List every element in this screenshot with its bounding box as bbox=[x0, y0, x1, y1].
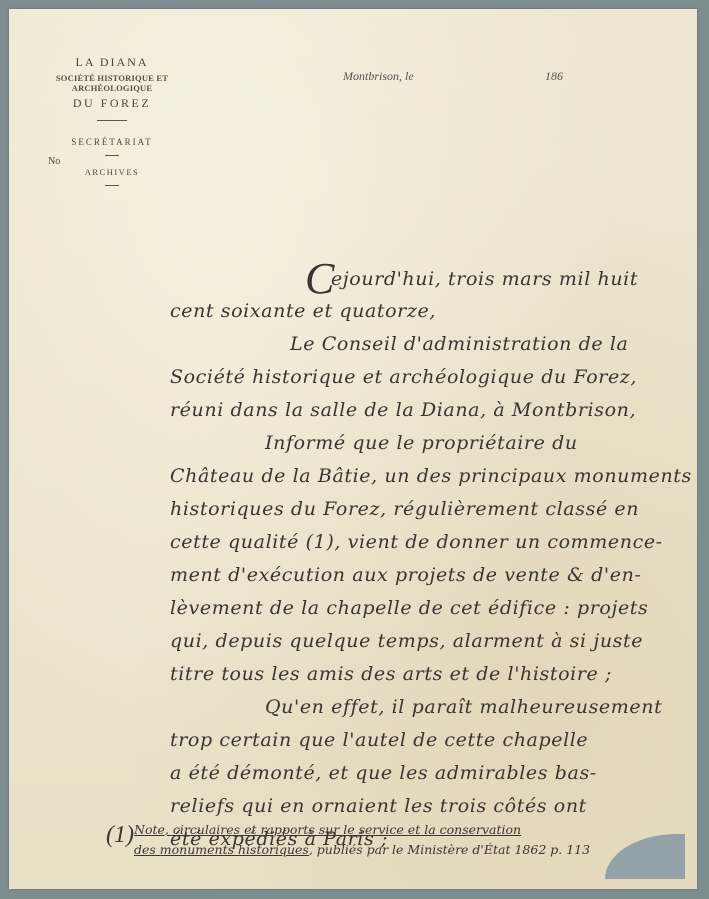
body-line: réuni dans la salle de la Diana, à Montb… bbox=[170, 394, 690, 427]
body-line: Qu'en effet, il paraît malheureusement bbox=[170, 691, 690, 724]
handwritten-body: Cejourd'hui, trois mars mil huit cent so… bbox=[170, 262, 690, 856]
dateline-year: 186 bbox=[545, 69, 563, 84]
footnote-marker: (1) bbox=[106, 822, 134, 849]
body-line: trop certain que l'autel de cette chapel… bbox=[170, 724, 690, 757]
body-line: a été démonté, et que les admirables bas… bbox=[170, 757, 690, 790]
dateline-place: Montbrison, le bbox=[343, 69, 414, 84]
body-line: Le Conseil d'administration de la bbox=[170, 328, 690, 361]
letterhead-department: SECRÉTARIAT bbox=[22, 137, 202, 147]
footnote-rest: , publiés par le Ministère d'État 1862 p… bbox=[309, 842, 590, 857]
footnote-line-1: Note, circulaires et rapports sur le ser… bbox=[112, 820, 692, 840]
letterhead-subtitle: SOCIÉTÉ HISTORIQUE ET ARCHÉOLOGIQUE bbox=[22, 73, 202, 93]
letterhead-number-label: No bbox=[48, 156, 60, 167]
body-line: qui, depuis quelque temps, alarment à si… bbox=[170, 625, 690, 658]
letterhead-title: LA DIANA bbox=[22, 55, 202, 70]
body-line: Informé que le propriétaire du bbox=[170, 427, 690, 460]
letterhead-section: ARCHIVES bbox=[22, 167, 202, 177]
body-line: titre tous les amis des arts et de l'his… bbox=[170, 658, 690, 691]
body-line: reliefs qui en ornaient les trois côtés … bbox=[170, 790, 690, 823]
body-line: cent soixante et quatorze, bbox=[170, 295, 690, 328]
body-line: cette qualité (1), vient de donner un co… bbox=[170, 526, 690, 559]
body-line: lèvement de la chapelle de cet édifice :… bbox=[170, 592, 690, 625]
letterhead-divider bbox=[97, 120, 127, 121]
body-line: Cejourd'hui, trois mars mil huit bbox=[170, 262, 690, 295]
footnote-underlined: des monuments historiques bbox=[134, 842, 309, 857]
footnote: (1) Note, circulaires et rapports sur le… bbox=[112, 820, 692, 860]
body-line: Société historique et archéologique du F… bbox=[170, 361, 690, 394]
body-line: historiques du Forez, régulièrement clas… bbox=[170, 493, 690, 526]
body-line: ment d'exécution aux projets de vente & … bbox=[170, 559, 690, 592]
letterhead-divider-small-2 bbox=[105, 185, 119, 186]
letterhead-region: DU FOREZ bbox=[22, 96, 202, 111]
letterhead-divider-small bbox=[105, 155, 119, 156]
body-line: Château de la Bâtie, un des principaux m… bbox=[170, 460, 690, 493]
footnote-line-2: des monuments historiques, publiés par l… bbox=[112, 840, 692, 860]
